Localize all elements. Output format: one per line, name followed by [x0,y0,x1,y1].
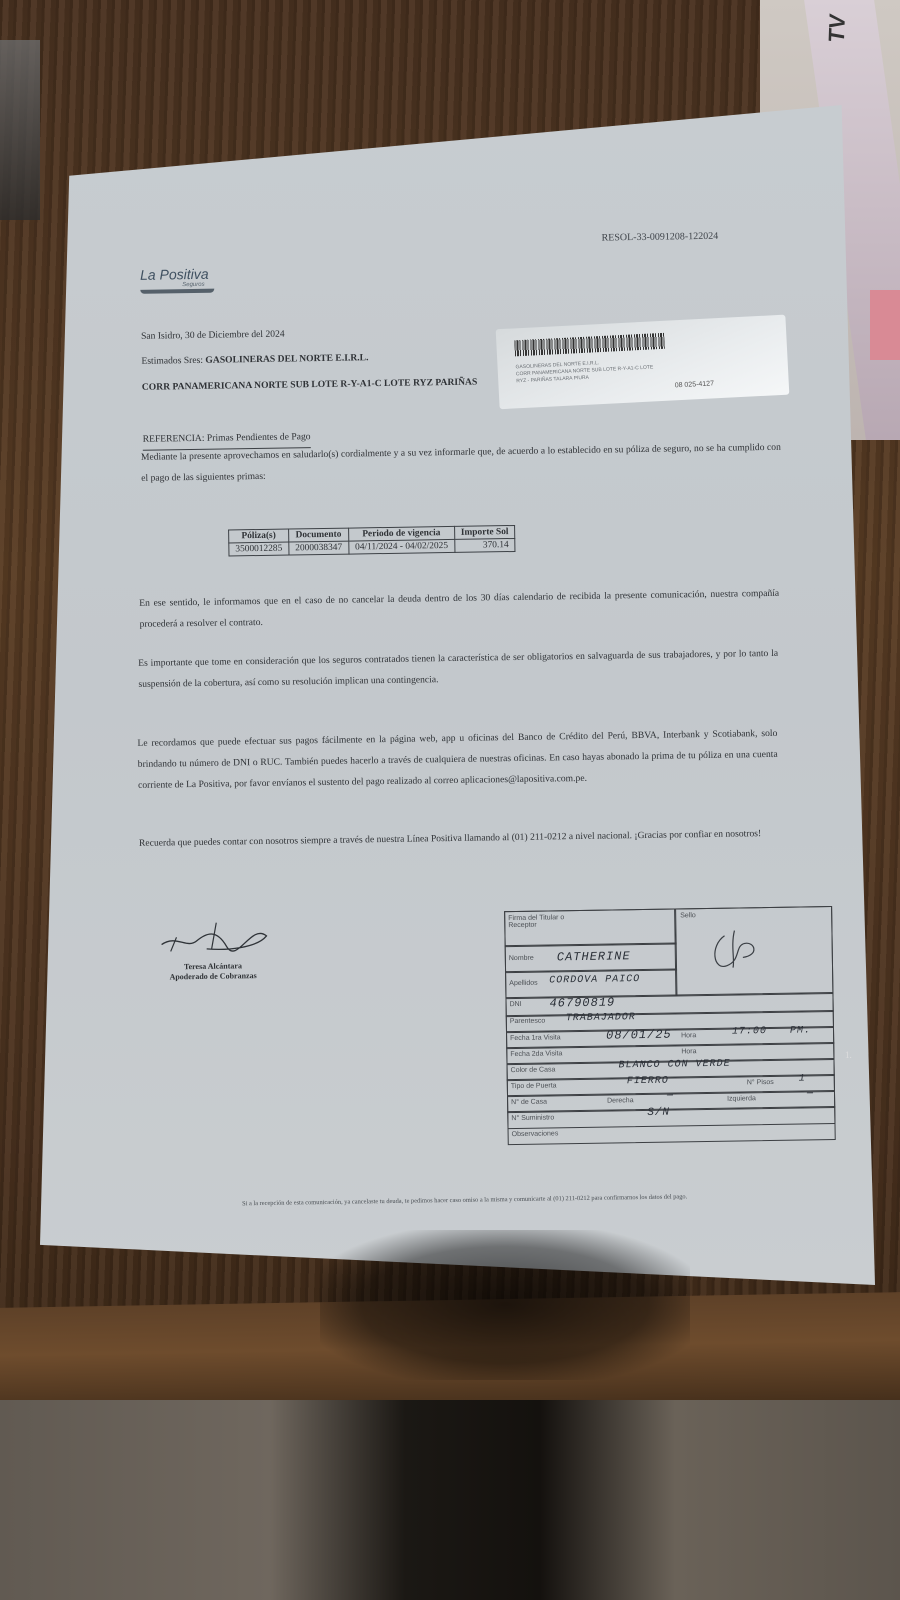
paragraph-contact: Recuerda que puedes contar con nosotros … [139,823,779,854]
lap-background [0,1400,900,1600]
n-casa-label: N° de Casa [511,1099,547,1107]
date-line: San Isidro, 30 de Diciembre del 2024 [141,328,285,344]
stamp-signature-icon [704,925,765,976]
table-cell: 2000038347 [289,541,349,555]
phone-shadow [320,1230,690,1380]
color-casa-value: BLANCO CON VERDE [618,1059,730,1072]
reference-text: Primas Pendientes de Pago [207,431,311,444]
address-label-sticker: GASOLINERAS DEL NORTE E.I.R.L. CORR PANA… [496,315,790,410]
reference-code: RESOL-33-0091208-122024 [601,231,718,244]
hora-2-label: Hora [681,1048,696,1055]
reference-label: REFERENCIA: [143,433,205,445]
paragraph-importance: Es importante que tome en consideración … [138,643,779,695]
observaciones-label: Observaciones [512,1130,559,1138]
company-logo: La Positiva Seguros [140,266,214,294]
color-casa-label: Color de Casa [511,1066,556,1074]
nombre-label: Nombre [509,955,534,962]
hora-label: Hora [681,1032,696,1039]
delivery-receipt-form: Firma del Titular o Receptor Sello Nombr… [504,906,838,1151]
n-piso-label: N° Pisos [747,1079,774,1086]
logo-text: La Positiva [140,266,209,283]
apellidos-label: Apellidos [509,980,538,987]
table-cell: 04/11/2024 - 04/02/2025 [349,539,455,554]
recipient-name: GASOLINERAS DEL NORTE E.I.R.L. [205,352,368,366]
firma-label: Firma del Titular o Receptor [508,914,588,929]
n-piso-value: 1 [799,1073,806,1084]
paragraph-deadline: En ese sentido, le informamos que en el … [139,583,780,635]
salutation: Estimados Sres: GASOLINERAS DEL NORTE E.… [141,351,368,369]
hora-value: 17:00 [732,1026,767,1038]
sello-label: Sello [680,912,696,919]
salutation-prefix: Estimados Sres: [141,355,203,367]
derecha-label: Derecha [607,1097,634,1104]
label-phone: 08 025-4127 [675,380,715,389]
recipient-address: CORR PANAMERICANA NORTE SUB LOTE R-Y-A1-… [142,375,502,395]
nombre-value: CATHERINE [557,949,631,964]
tipo-puerta-label: Tipo de Puerta [511,1082,557,1090]
table-cell: 370.14 [454,538,515,552]
fecha-2-label: Fecha 2da Visita [510,1050,562,1058]
barcode-icon [514,333,665,357]
table-header-cell: Documento [288,528,348,542]
izquierda-label: Izquierda [727,1095,756,1102]
derecha-value: — [667,1091,674,1102]
dni-value: 46790819 [549,995,615,1010]
parentesco-label: Parentesco [510,1018,546,1026]
logo-swoosh-icon [140,289,214,294]
fecha-1-value: 08/01/25 [606,1028,672,1043]
table-cell: 3500012285 [229,542,289,556]
paragraph-payment-options: Le recordamos que puede efectuar sus pag… [137,723,778,796]
apellidos-value: CORDOVA PAICO [549,974,640,986]
ampm-value: PM. [790,1025,811,1036]
izquierda-value: — [807,1088,814,1099]
suministro-value: S/N [647,1107,670,1119]
logo-subtext: Seguros [182,282,214,289]
dni-label: DNI [510,1001,522,1008]
signer-title: Apoderado de Cobranzas [151,971,275,983]
table-header-cell: Importe Sol [454,525,515,539]
fecha-1-label: Fecha 1ra Visita [510,1034,561,1042]
signer-block: Teresa Alcántara Apoderado de Cobranzas [151,961,275,983]
pending-premiums-table: Póliza(s)DocumentoPeriodo de vigenciaImp… [228,525,516,557]
table-header-cell: Póliza(s) [229,529,289,543]
footer-note: Si a la recepción de esta comunicación, … [205,1192,725,1210]
signature-icon [156,918,277,960]
suministro-label: N° Suministro [511,1114,554,1122]
parentesco-value: TRABAJADOR [566,1012,636,1024]
letter-document: La Positiva Seguros RESOL-33-0091208-122… [0,0,900,1307]
tipo-puerta-value: FIERRO [627,1076,669,1088]
intro-paragraph: Mediante la presente aprovechamos en sal… [141,437,782,489]
